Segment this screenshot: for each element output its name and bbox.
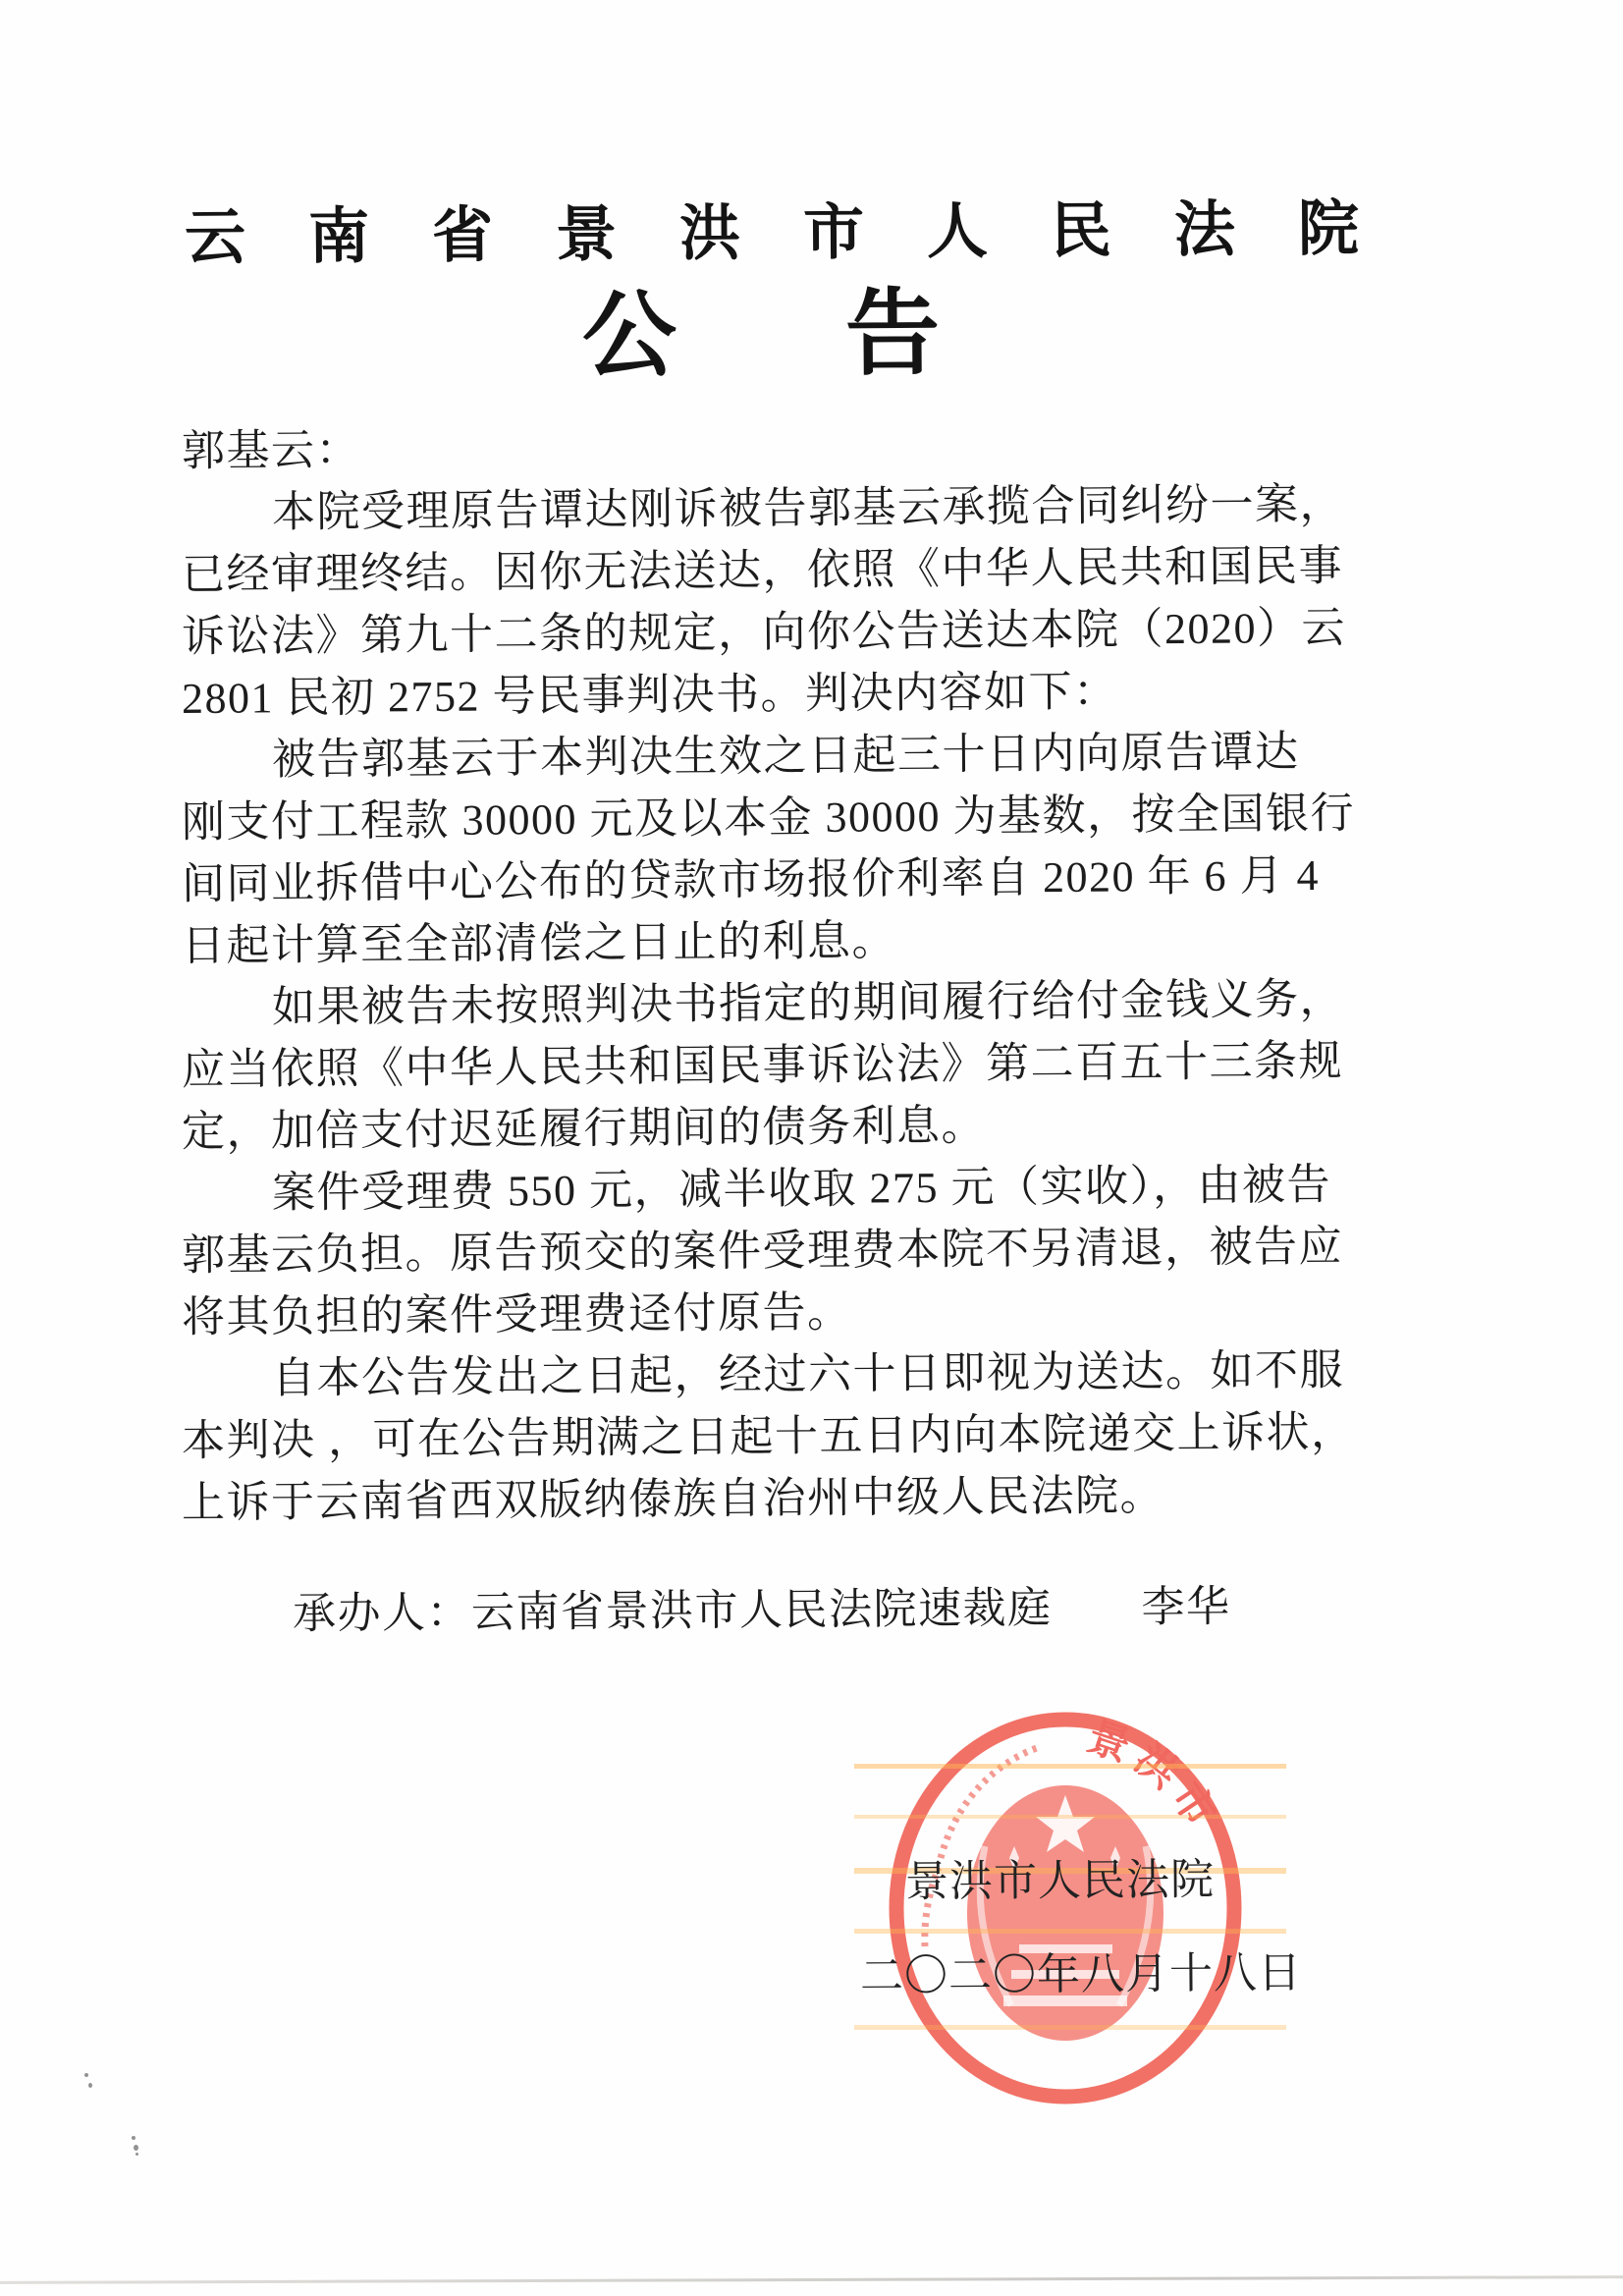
body-line: 上诉于云南省西双版纳傣族自治州中级人民法院。	[182, 1462, 1399, 1534]
body-line: 间同业拆借中心公布的贷款市场报价利率自 2020 年 6 月 4	[182, 844, 1399, 915]
notice-title-char1: 公	[582, 283, 677, 389]
signature-court-name: 景洪市人民法院	[905, 1844, 1215, 1909]
notice-title-gap	[676, 366, 845, 367]
notice-title-char2: 告	[845, 281, 941, 387]
handler-line: 承办人：云南省景洪市人民法院速裁庭 李华	[293, 1575, 1231, 1645]
body-line: 本判决 ，可在公告期满之日起十五日内向本院递交上诉状，	[182, 1400, 1399, 1472]
scan-streak	[854, 1815, 1286, 1819]
body-line: 案件受理费 550 元，减半收取 275 元（实收），由被告	[182, 1153, 1399, 1225]
national-emblem-icon	[967, 1785, 1163, 2041]
body-line: 如果被告未按照判决书指定的期间履行给付金钱义务，	[182, 967, 1399, 1039]
scan-streak	[854, 1764, 1286, 1769]
scan-streak	[854, 1929, 1286, 1934]
court-announcement-document: 云南省景洪市人民法院 公告 郭基云： 本院受理原告谭达刚诉被告郭基云承揽合同纠纷…	[0, 0, 1623, 2296]
body-line: 郭基云负担。原告预交的案件受理费本院不另清退，被告应	[182, 1215, 1399, 1286]
notice-title: 公告	[582, 280, 941, 391]
scan-speck	[135, 2153, 138, 2156]
scan-speck	[84, 2073, 88, 2077]
scan-streak	[854, 2025, 1286, 2030]
body-line: 本院受理原告谭达刚诉被告郭基云承揽合同纠纷一案，	[182, 472, 1399, 544]
body-line: 诉讼法》第九十二条的规定，向你公告送达本院（2020）云	[182, 596, 1399, 668]
signature-date: 二〇二〇年八月十八日	[860, 1937, 1302, 2003]
body-line-salutation: 郭基云：	[182, 410, 1399, 482]
body-line: 应当依照《中华人民共和国民事诉讼法》第二百五十三条规	[182, 1029, 1399, 1101]
body-line: 刚支付工程款 30000 元及以本金 30000 为基数，按全国银行	[182, 782, 1399, 853]
official-seal-stamp: 景洪市	[854, 1699, 1286, 2126]
scan-speck	[88, 2083, 92, 2088]
body-line: 被告郭基云于本判决生效之日起三十日内向原告谭达	[182, 720, 1399, 792]
body-line: 已经审理终结。因你无法送达，依照《中华人民共和国民事	[182, 534, 1399, 606]
announcement-body: 郭基云： 本院受理原告谭达刚诉被告郭基云承揽合同纠纷一案， 已经审理终结。因你无…	[182, 420, 1399, 1534]
scan-edge-line	[0, 2275, 1623, 2284]
body-line: 将其负担的案件受理费迳付原告。	[182, 1277, 1399, 1348]
scan-speck	[134, 2145, 138, 2151]
court-title: 云南省景洪市人民法院	[185, 179, 1423, 276]
body-line: 自本公告发出之日起，经过六十日即视为送达。如不服	[182, 1339, 1399, 1410]
seal-graphic: 景洪市	[854, 1699, 1286, 2121]
body-line: 日起计算至全部清偿之日止的利息。	[182, 905, 1399, 977]
body-line: 定，加倍支付迟延履行期间的债务利息。	[182, 1091, 1399, 1163]
scan-speck	[132, 2136, 135, 2140]
body-line: 2801 民初 2752 号民事判决书。判决内容如下：	[182, 658, 1399, 730]
